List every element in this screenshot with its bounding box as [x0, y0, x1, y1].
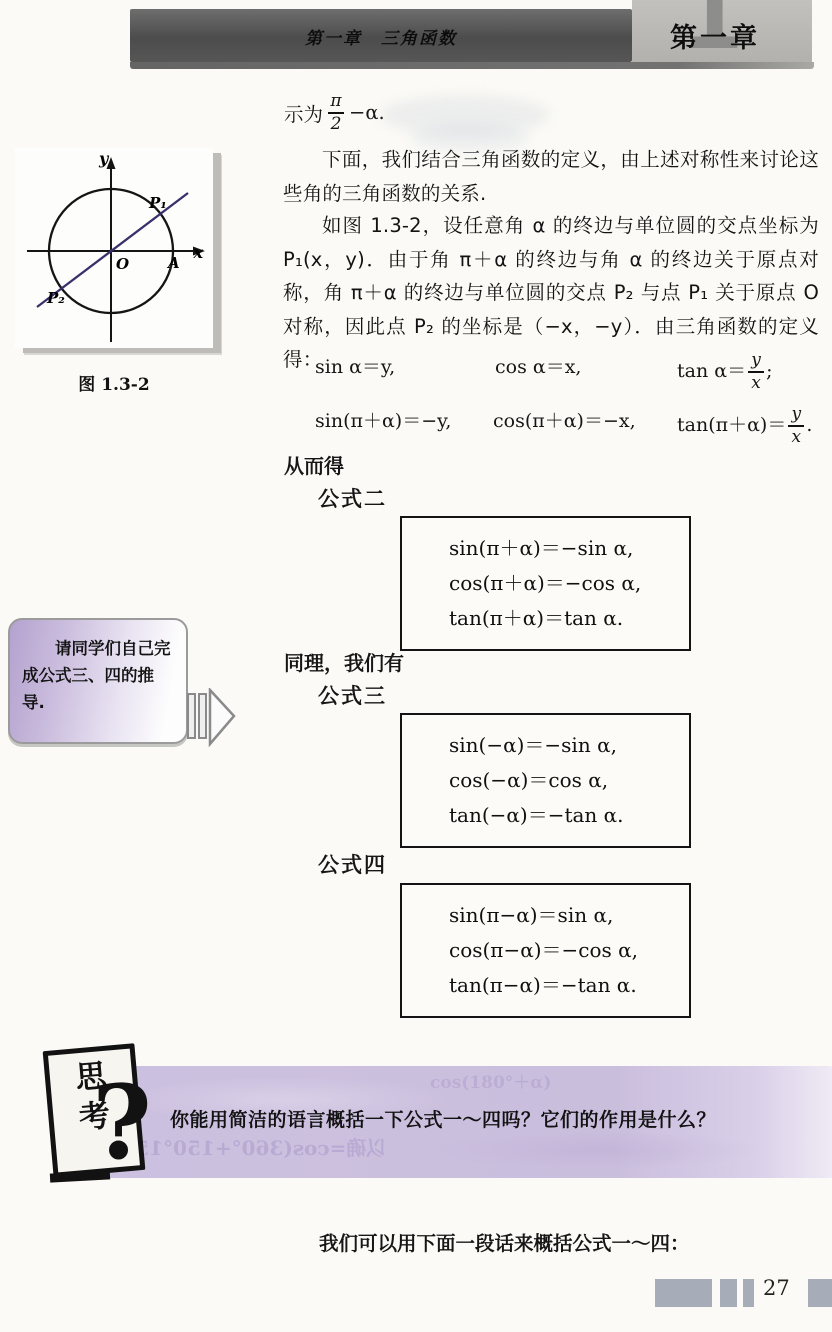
question-mark-icon: ?	[92, 1072, 152, 1174]
figure-label-a: A	[166, 254, 180, 272]
lead-in-formula-3: 同理，我们有	[284, 647, 404, 676]
closing-sentence: 我们可以用下面一段话来概括公式一～四：	[319, 1228, 690, 1256]
think-question-text: 你能用简洁的语言概括一下公式一～四吗？它们的作用是什么？	[170, 1105, 810, 1132]
identity-sin-pi-plus-alpha: sin(π＋α)＝−y,	[315, 406, 451, 433]
paragraph-discussion: 下面，我们结合三角函数的定义，由上述对称性来讨论这些角的三角函数的关系.	[283, 143, 819, 210]
page-number: 27	[763, 1276, 790, 1300]
intro-prefix: 示为	[284, 99, 323, 127]
formula-4-line-sin: sin(π−α)＝sin α,	[449, 898, 689, 933]
intro-line: 示为 π 2 −α.	[284, 93, 385, 133]
formula-2-line-cos: cos(π＋α)＝−cos α,	[449, 566, 689, 601]
formula-3-line-tan: tan(−α)＝−tan α.	[449, 798, 689, 833]
pi-over-2-fraction: π 2	[328, 93, 344, 133]
bleedthrough-text-right: cos(180°＋α)	[430, 1068, 551, 1093]
identity-sin-alpha: sin α＝y,	[315, 352, 395, 379]
footer-block-wide	[655, 1279, 712, 1307]
formula-4-line-cos: cos(π−α)＝−cos α,	[449, 933, 689, 968]
header-chapter-block: 1 第一章	[632, 0, 812, 62]
formula-2-title: 公式二	[318, 483, 387, 513]
formula-2-line-tan: tan(π＋α)＝tan α.	[449, 601, 689, 636]
running-head: 第一章 三角函数	[133, 24, 629, 49]
identity-tan-pi-plus-alpha: tan(π＋α)＝yx.	[677, 406, 812, 446]
lead-in-formula-2: 从而得	[284, 450, 344, 479]
footer-block-small	[743, 1279, 754, 1307]
header-shadow	[130, 62, 814, 69]
figure-label-p2: P₂	[46, 289, 65, 307]
formula-3-title: 公式三	[318, 680, 387, 710]
chapter-title-right: 第一章	[670, 16, 760, 55]
formula-2-box: sin(π＋α)＝−sin α, cos(π＋α)＝−cos α, tan(π＋…	[400, 516, 691, 651]
unit-circle-diagram: y x O A P₁ P₂	[15, 148, 213, 348]
identity-cos-alpha: cos α＝x,	[495, 352, 581, 379]
figure-caption: 图 1.3-2	[15, 370, 213, 395]
identity-tan-alpha: tan α＝yx;	[677, 352, 772, 392]
bleedthrough-text-left: 以确=cos(360°+150°15′	[130, 1132, 386, 1161]
formula-4-line-tan: tan(π−α)＝−tan α.	[449, 968, 689, 1003]
speech-arrow-icon	[186, 688, 238, 750]
formula-2-line-sin: sin(π＋α)＝−sin α,	[449, 531, 689, 566]
identity-cos-pi-plus-alpha: cos(π＋α)＝−x,	[493, 406, 636, 433]
figure-label-p1: P₁	[148, 194, 167, 212]
formula-4-title: 公式四	[318, 849, 387, 879]
figure-label-x: x	[192, 243, 203, 262]
textbook-page: 1 第一章 第一章 三角函数 y x O A P₁ P₂ 图 1.3-2 示为 …	[0, 0, 832, 1332]
footer-block-medium	[720, 1279, 737, 1307]
formula-3-line-sin: sin(−α)＝−sin α,	[449, 728, 689, 763]
formula-4-box: sin(π−α)＝sin α, cos(π−α)＝−cos α, tan(π−α…	[400, 883, 691, 1018]
figure-1-3-2: y x O A P₁ P₂	[15, 148, 213, 348]
teacher-note-bubble: 请同学们自己完成公式三、四的推导.	[8, 618, 188, 744]
formula-3-line-cos: cos(−α)＝cos α,	[449, 763, 689, 798]
figure-label-origin: O	[116, 255, 129, 273]
formula-3-box: sin(−α)＝−sin α, cos(−α)＝cos α, tan(−α)＝−…	[400, 713, 691, 848]
footer-block-edge	[808, 1279, 832, 1307]
figure-label-y: y	[98, 149, 110, 168]
